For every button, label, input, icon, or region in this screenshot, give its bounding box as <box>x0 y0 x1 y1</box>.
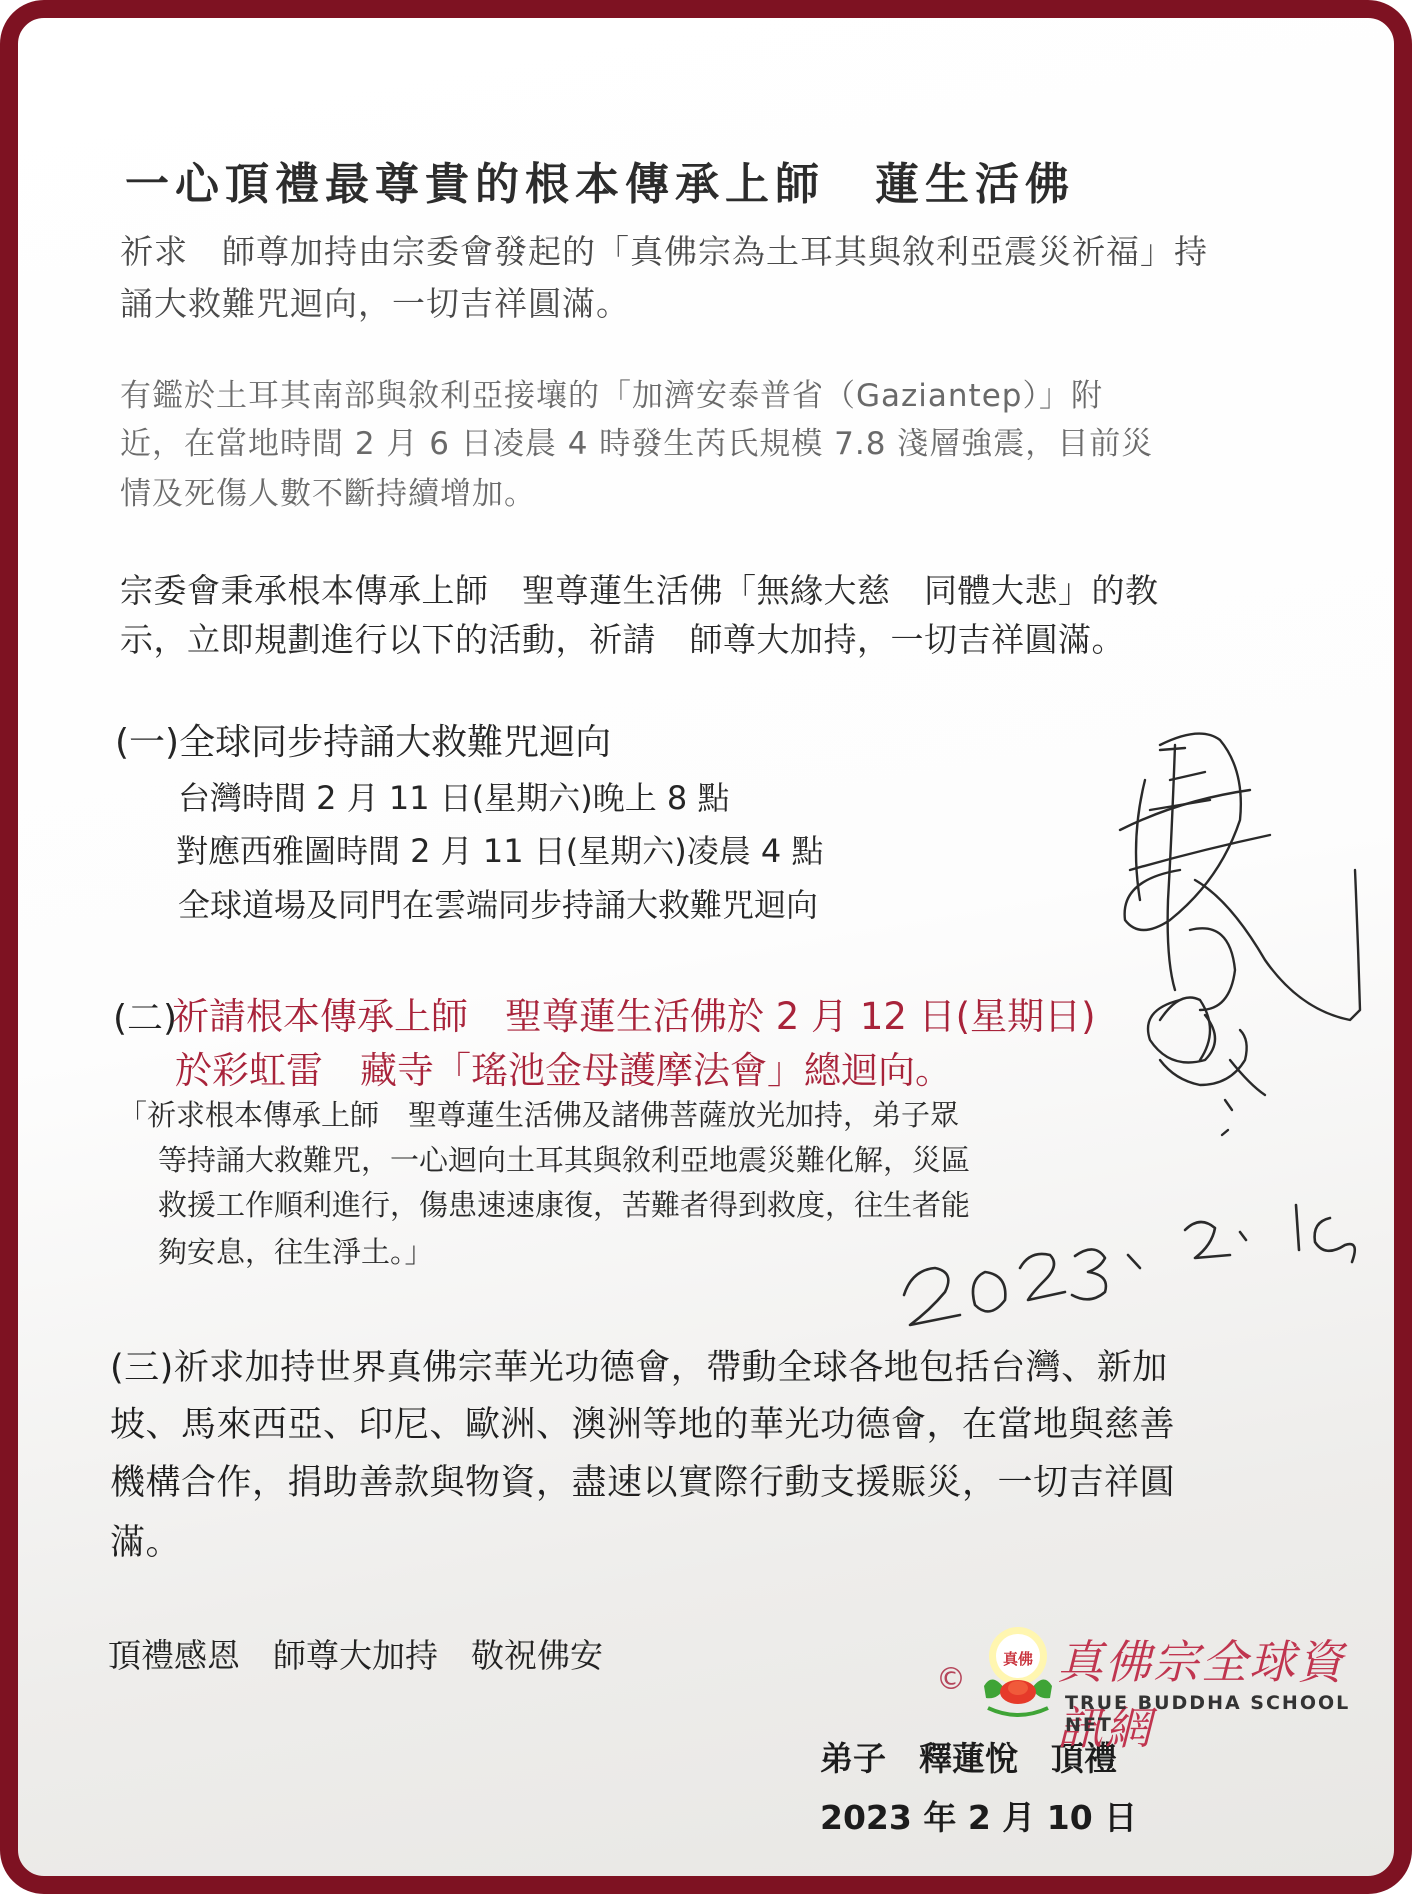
committee-line-1: 宗委會秉承根本傳承上師 聖尊蓮生活佛「無緣大慈 同體大悲」的教 <box>120 565 1159 612</box>
closing-salutation: 頂禮感恩 師尊大加持 敬祝佛安 <box>108 1630 603 1677</box>
quote-line-2: 等持誦大救難咒，一心迴向土耳其與敘利亞地震災難化解，災區 <box>158 1138 970 1179</box>
logo-english-name: TRUE BUDDHA SCHOOL NET <box>1065 1692 1380 1736</box>
quote-line-1: 「祈求根本傳承上師 聖尊蓮生活佛及諸佛菩薩放光加持，弟子眾 <box>118 1093 959 1134</box>
background-line-3: 情及死傷人數不斷持續增加。 <box>120 468 536 513</box>
section1-heading: (一)全球同步持誦大救難咒迴向 <box>115 714 611 765</box>
section1-line-seattle-time: 對應西雅圖時間 2 月 11 日(星期六)凌晨 4 點 <box>176 826 823 872</box>
intro-line-2: 誦大救難咒迴向，一切吉祥圓滿。 <box>120 278 630 325</box>
tbs-net-watermark: © 真佛 真佛宗全球資訊網 TRUE BUDDHA SCHOOL NET <box>930 1624 1380 1734</box>
quote-line-3: 救援工作順利進行，傷患速速康復，苦難者得到救度，往生者能 <box>158 1183 970 1224</box>
section1-line-taiwan-time: 台灣時間 2 月 11 日(星期六)晚上 8 點 <box>178 773 729 819</box>
section3-line-4: 滿。 <box>110 1515 181 1565</box>
section2-line-1: 祈請根本傳承上師 聖尊蓮生活佛於 2 月 12 日(星期日) <box>172 986 1096 1040</box>
copyright-icon: © <box>936 1662 966 1697</box>
section3-line-1: (三)祈求加持世界真佛宗華光功德會，帶動全球各地包括台灣、新加 <box>110 1340 1168 1390</box>
section3-line-3: 機構合作，捐助善款與物資，盡速以實際行動支援賑災，一切吉祥圓 <box>110 1455 1175 1505</box>
section2-prefix: (二) <box>113 990 177 1041</box>
letter-title: 一心頂禮最尊貴的根本傳承上師 蓮生活佛 <box>125 148 1075 212</box>
background-line-2: 近，在當地時間 2 月 6 日凌晨 4 時發生芮氏規模 7.8 淺層強震，目前災 <box>120 418 1153 463</box>
quote-line-4: 夠安息，往生淨土。」 <box>158 1230 434 1271</box>
background-line-1: 有鑑於土耳其南部與敘利亞接壤的「加濟安泰普省（Gaziantep）」附 <box>120 370 1103 415</box>
lotus-emblem-icon: 真佛 <box>978 1626 1058 1722</box>
committee-line-2: 示，立即規劃進行以下的活動，祈請 師尊大加持，一切吉祥圓滿。 <box>120 614 1125 661</box>
svg-text:真佛: 真佛 <box>1003 1650 1033 1668</box>
section1-line-global: 全球道場及同門在雲端同步持誦大救難咒迴向 <box>178 880 818 926</box>
intro-line-1: 祈求 師尊加持由宗委會發起的「真佛宗為土耳其與敘利亞震災祈福」持 <box>120 226 1208 273</box>
section2-line-2: 於彩虹雷 藏寺「瑤池金母護摩法會」總迴向。 <box>175 1040 952 1094</box>
scanned-letter: 一心頂禮最尊貴的根本傳承上師 蓮生活佛 祈求 師尊加持由宗委會發起的「真佛宗為土… <box>0 0 1412 1894</box>
letter-date: 2023 年 2 月 10 日 <box>820 1792 1137 1839</box>
section3-line-2: 坡、馬來西亞、印尼、歐洲、澳洲等地的華光功德會，在當地與慈善 <box>110 1397 1175 1447</box>
